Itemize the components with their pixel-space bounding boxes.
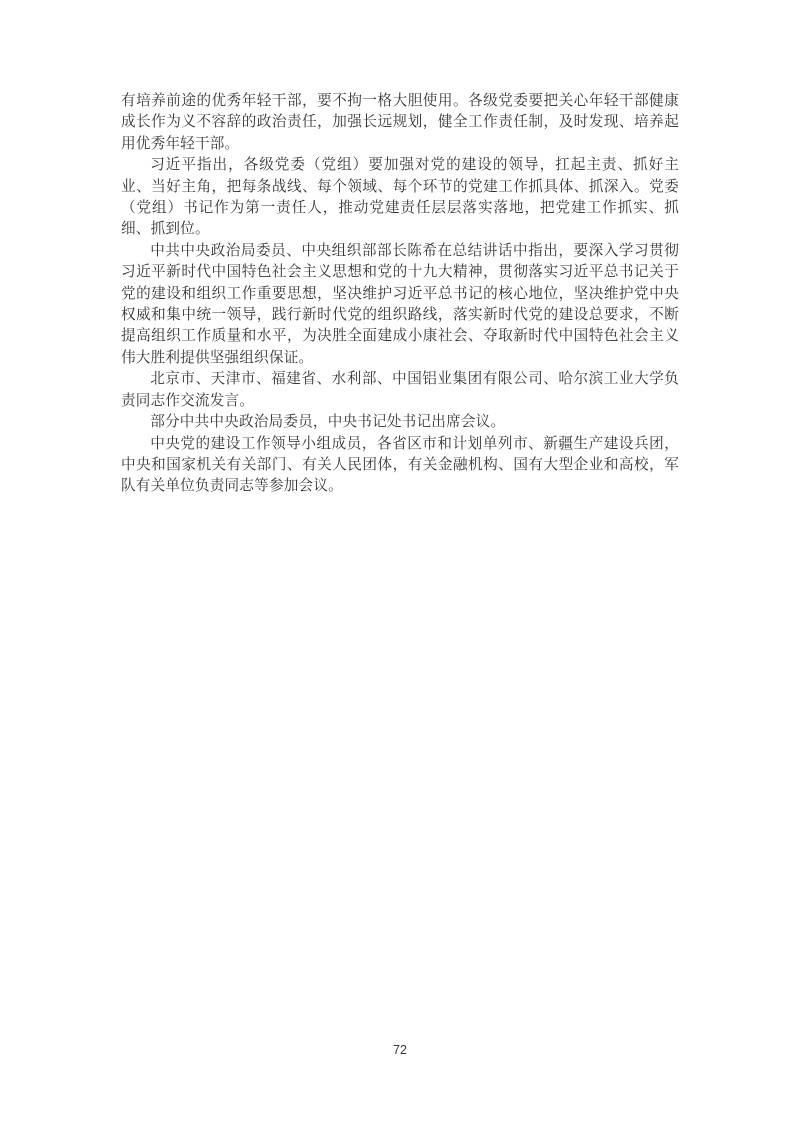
page-footer: 72 <box>0 1041 800 1059</box>
document-body-text: 有培养前途的优秀年轻干部，要不拘一格大胆使用。各级党委要把关心年轻干部健康成长作… <box>121 91 679 498</box>
paragraph: 部分中共中央政治局委员，中央书记处书记出席会议。 <box>121 412 679 433</box>
paragraph: 中央党的建设工作领导小组成员，各省区市和计划单列市、新疆生产建设兵团，中央和国家… <box>121 434 679 498</box>
page-number: 72 <box>393 1043 407 1057</box>
paragraph: 习近平指出，各级党委（党组）要加强对党的建设的领导，扛起主责、抓好主业、当好主角… <box>121 155 679 241</box>
document-page: 有培养前途的优秀年轻干部，要不拘一格大胆使用。各级党委要把关心年轻干部健康成长作… <box>0 0 800 1133</box>
paragraph: 中共中央政治局委员、中央组织部部长陈希在总结讲话中指出，要深入学习贯彻习近平新时… <box>121 241 679 369</box>
paragraph: 北京市、天津市、福建省、水利部、中国铝业集团有限公司、哈尔滨工业大学负责同志作交… <box>121 369 679 412</box>
paragraph-continuation: 有培养前途的优秀年轻干部，要不拘一格大胆使用。各级党委要把关心年轻干部健康成长作… <box>121 91 679 155</box>
